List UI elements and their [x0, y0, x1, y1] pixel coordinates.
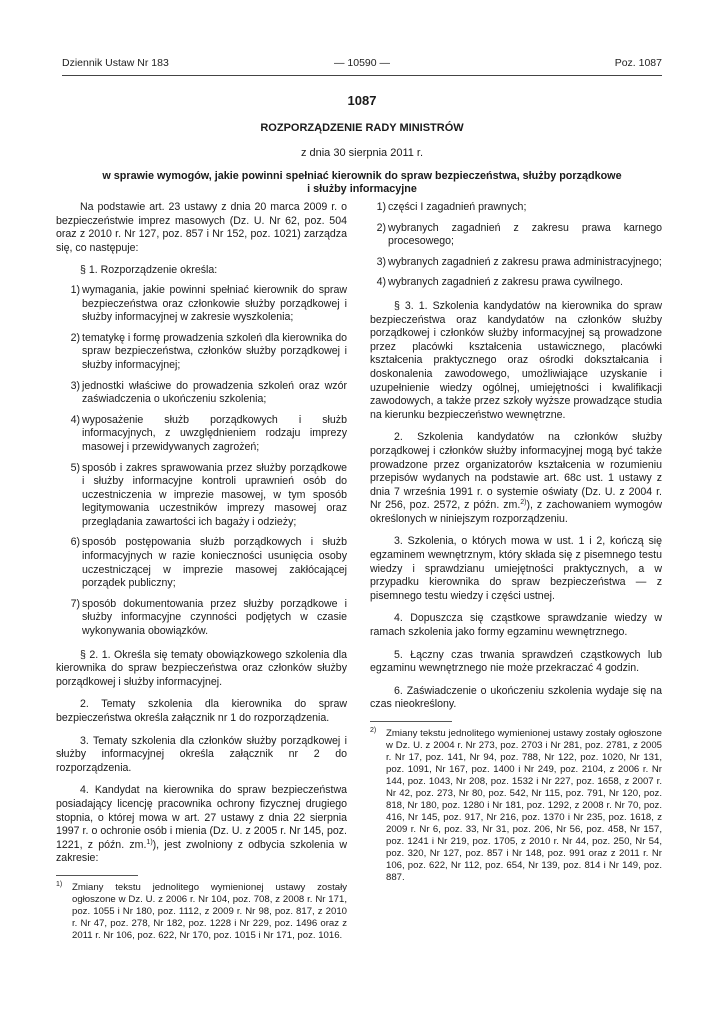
- footnote-mark: 2): [370, 728, 386, 884]
- list-item: 6) sposób postępowania służb porządkowyc…: [56, 536, 347, 590]
- list-item: 1) części I zagadnień prawnych;: [370, 201, 662, 215]
- right-column: 1) części I zagadnień prawnych; 2) wybra…: [370, 201, 662, 884]
- page-number: — 10590 —: [62, 57, 662, 69]
- list-item: 5) sposób i zakres sprawowania przez słu…: [56, 462, 347, 530]
- section-3-paragraph-4: 4. Dopuszcza się cząstkowe sprawdzanie w…: [370, 612, 662, 639]
- section-1-intro: § 1. Rozporządzenie określa:: [56, 264, 347, 278]
- list-item: 2) wybranych zagadnień z zakresu prawa k…: [370, 222, 662, 249]
- preamble: Na podstawie art. 23 ustawy z dnia 20 ma…: [56, 201, 347, 255]
- list-item: 3) jednostki właściwe do prowadzenia szk…: [56, 380, 347, 407]
- list-item: 4) wyposażenie służb porządkowych i służ…: [56, 414, 347, 455]
- list-item: 4) wybranych zagadnień z zakresu prawa c…: [370, 276, 662, 290]
- left-column: Na podstawie art. 23 ustawy z dnia 20 ma…: [56, 201, 347, 942]
- list-item: 7) sposób dokumentowania przez służby po…: [56, 598, 347, 639]
- footnote-2: 2) Zmiany tekstu jednolitego wymienionej…: [370, 728, 662, 884]
- act-type-heading: ROZPORZĄDZENIE RADY MINISTRÓW: [62, 122, 662, 134]
- header-divider: [62, 75, 662, 76]
- footnote-text: Zmiany tekstu jednolitego wymienionej us…: [386, 728, 662, 884]
- section-3-paragraph-3: 3. Szkolenia, o których mowa w ust. 1 i …: [370, 535, 662, 603]
- footnote-divider: [56, 875, 138, 876]
- section-3-paragraph-5: 5. Łączny czas trwania sprawdzeń cząstko…: [370, 649, 662, 676]
- act-number: 1087: [62, 93, 662, 108]
- footnote-text: Zmiany tekstu jednolitego wymienionej us…: [72, 882, 347, 942]
- act-subject: w sprawie wymogów, jakie powinni spełnia…: [62, 170, 662, 196]
- act-subject-line-2: i służby informacyjne: [62, 183, 662, 196]
- section-2-paragraph-2: 2. Tematy szkolenia dla kierownika do sp…: [56, 698, 347, 725]
- section-3-paragraph-6: 6. Zaświadczenie o ukończeniu szkolenia …: [370, 685, 662, 712]
- section-2-paragraph-1: § 2. 1. Określa się tematy obowiązkowego…: [56, 649, 347, 690]
- section-3-paragraph-1: § 3. 1. Szkolenia kandydatów na kierowni…: [370, 300, 662, 422]
- section-3-paragraph-2: 2. Szkolenia kandydatów na członków służ…: [370, 431, 662, 526]
- section-2-paragraph-3: 3. Tematy szkolenia dla członków służby …: [56, 735, 347, 776]
- footnote-1: 1) Zmiany tekstu jednolitego wymienionej…: [56, 882, 347, 942]
- footnote-divider: [370, 721, 452, 722]
- act-subject-line-1: w sprawie wymogów, jakie powinni spełnia…: [62, 170, 662, 183]
- act-date: z dnia 30 sierpnia 2011 r.: [62, 147, 662, 159]
- list-item: 1) wymagania, jakie powinni spełniać kie…: [56, 284, 347, 325]
- position-number: Poz. 1087: [615, 57, 662, 69]
- list-item: 3) wybranych zagadnień z zakresu prawa a…: [370, 256, 662, 270]
- running-head: Dziennik Ustaw Nr 183 — 10590 — Poz. 108…: [62, 57, 662, 73]
- section-2-paragraph-4: 4. Kandydat na kierownika do spraw bezpi…: [56, 784, 347, 866]
- list-item: 2) tematykę i formę prowadzenia szkoleń …: [56, 332, 347, 373]
- footnote-mark: 1): [56, 882, 72, 942]
